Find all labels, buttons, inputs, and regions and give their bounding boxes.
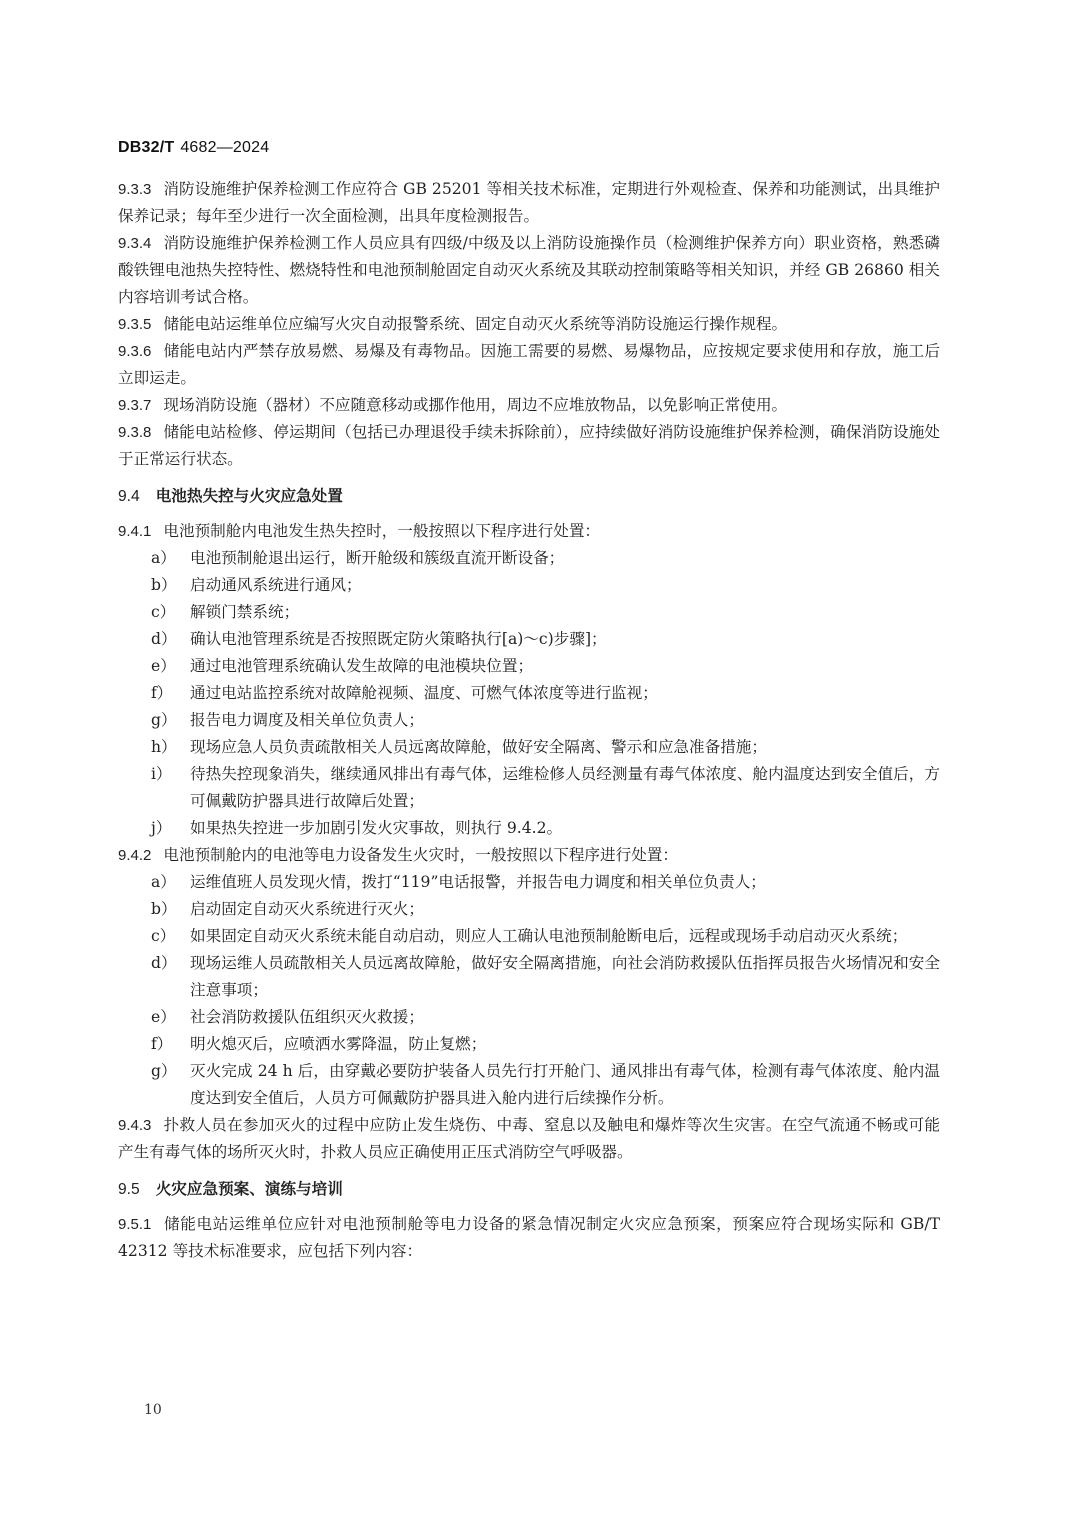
list-marker: d） [151, 626, 177, 653]
clause-number: 9.4.2 [118, 847, 151, 864]
document-identifier: DB32/T4682—2024 [118, 139, 269, 157]
list-item: a）运维值班人员发现火情，拨打“119”电话报警，并报告电力调度和相关单位负责人… [118, 869, 940, 896]
heading-number: 9.4 [118, 488, 140, 505]
list-item: f）明火熄灭后，应喷洒水雾降温，防止复燃； [118, 1031, 940, 1058]
clause-number: 9.3.8 [118, 424, 151, 441]
document-body: 9.3.3消防设施维护保养检测工作应符合 GB 25201 等相关技术标准，定期… [118, 176, 940, 1265]
list-marker: i） [151, 761, 172, 788]
clause-9-3-6: 9.3.6储能电站内严禁存放易燃、易爆及有毒物品。因施工需要的易燃、易爆物品，应… [118, 338, 940, 392]
heading-text: 电池热失控与火灾应急处置 [156, 488, 343, 505]
list-item-text: 确认电池管理系统是否按照既定防火策略执行[a)～c)步骤]； [190, 630, 607, 648]
list-item-text: 灭火完成 24 h 后，由穿戴必要防护装备人员先行打开舱门、通风排出有毒气体，检… [190, 1062, 940, 1107]
list-item: h）现场应急人员负责疏散相关人员远离故障舱，做好安全隔离、警示和应急准备措施； [118, 734, 940, 761]
list-item: b）启动固定自动灭火系统进行灭火； [118, 896, 940, 923]
list-marker: c） [151, 923, 175, 950]
list-marker: b） [151, 896, 177, 923]
list-item: g）灭火完成 24 h 后，由穿戴必要防护装备人员先行打开舱门、通风排出有毒气体… [118, 1058, 940, 1112]
list-item-text: 如果热失控进一步加剧引发火灾事故，则执行 9.4.2。 [190, 819, 562, 837]
clause-9-3-3: 9.3.3消防设施维护保养检测工作应符合 GB 25201 等相关技术标准，定期… [118, 176, 940, 230]
clause-text: 消防设施维护保养检测工作人员应具有四级/中级及以上消防设施操作员（检测维护保养方… [118, 234, 940, 306]
list-item: g）报告电力调度及相关单位负责人； [118, 707, 940, 734]
list-marker: e） [151, 653, 176, 680]
list-item-text: 通过电池管理系统确认发生故障的电池模块位置； [190, 657, 533, 675]
page-number: 10 [144, 1402, 162, 1418]
list-item-text: 社会消防救援队伍组织灭火救援； [190, 1008, 424, 1026]
heading-text: 火灾应急预案、演练与培训 [156, 1181, 343, 1198]
heading-number: 9.5 [118, 1181, 140, 1198]
list-item: i）待热失控现象消失，继续通风排出有毒气体，运维检修人员经测量有毒气体浓度、舱内… [118, 761, 940, 815]
list-item-text: 电池预制舱退出运行，断开舱级和簇级直流开断设备； [190, 549, 564, 567]
list-marker: a） [151, 869, 176, 896]
list-item: b）启动通风系统进行通风； [118, 572, 940, 599]
clause-9-5-1: 9.5.1储能电站运维单位应针对电池预制舱等电力设备的紧急情况制定火灾应急预案，… [118, 1211, 940, 1265]
list-item-text: 如果固定自动灭火系统未能自动启动，则应人工确认电池预制舱断电后，远程或现场手动启… [190, 927, 907, 945]
clause-text: 现场消防设施（器材）不应随意移动或挪作他用，周边不应堆放物品，以免影响正常使用。 [163, 396, 787, 414]
section-heading-9-4: 9.4电池热失控与火灾应急处置 [118, 483, 940, 510]
clause-number: 9.3.4 [118, 235, 151, 252]
clause-number: 9.3.6 [118, 343, 151, 360]
list-item-text: 解锁门禁系统； [190, 603, 299, 621]
list-item: f）通过电站监控系统对故障舱视频、温度、可燃气体浓度等进行监视； [118, 680, 940, 707]
clause-text: 储能电站运维单位应编写火灾自动报警系统、固定自动灭火系统等消防设施运行操作规程。 [163, 315, 787, 333]
procedure-list-9-4-1: a）电池预制舱退出运行，断开舱级和簇级直流开断设备； b）启动通风系统进行通风；… [118, 545, 940, 842]
list-item-text: 通过电站监控系统对故障舱视频、温度、可燃气体浓度等进行监视； [190, 684, 658, 702]
clause-9-3-7: 9.3.7现场消防设施（器材）不应随意移动或挪作他用，周边不应堆放物品，以免影响… [118, 392, 940, 419]
clause-9-3-8: 9.3.8储能电站检修、停运期间（包括已办理退役手续未拆除前），应持续做好消防设… [118, 419, 940, 473]
procedure-list-9-4-2: a）运维值班人员发现火情，拨打“119”电话报警，并报告电力调度和相关单位负责人… [118, 869, 940, 1112]
clause-9-3-4: 9.3.4消防设施维护保养检测工作人员应具有四级/中级及以上消防设施操作员（检测… [118, 230, 940, 311]
clause-text: 消防设施维护保养检测工作应符合 GB 25201 等相关技术标准，定期进行外观检… [118, 180, 940, 225]
list-marker: e） [151, 1004, 176, 1031]
clause-text: 储能电站内严禁存放易燃、易爆及有毒物品。因施工需要的易燃、易爆物品，应按规定要求… [118, 342, 940, 387]
list-item-text: 启动固定自动灭火系统进行灭火； [190, 900, 424, 918]
section-heading-9-5: 9.5火灾应急预案、演练与培训 [118, 1176, 940, 1203]
clause-number: 9.3.3 [118, 181, 151, 198]
list-item: c）解锁门禁系统； [118, 599, 940, 626]
clause-9-4-2: 9.4.2电池预制舱内的电池等电力设备发生火灾时，一般按照以下程序进行处置： [118, 842, 940, 869]
doc-code: DB32/T [118, 139, 174, 156]
list-item: j）如果热失控进一步加剧引发火灾事故，则执行 9.4.2。 [118, 815, 940, 842]
list-item: c）如果固定自动灭火系统未能自动启动，则应人工确认电池预制舱断电后，远程或现场手… [118, 923, 940, 950]
list-marker: f） [151, 680, 172, 707]
clause-9-4-3: 9.4.3扑救人员在参加灭火的过程中应防止发生烧伤、中毒、窒息以及触电和爆炸等次… [118, 1112, 940, 1166]
clause-number: 9.4.1 [118, 523, 151, 540]
doc-number: 4682—2024 [180, 139, 269, 156]
document-page: DB32/T4682—2024 9.3.3消防设施维护保养检测工作应符合 GB … [0, 0, 1080, 1515]
clause-text: 电池预制舱内的电池等电力设备发生火灾时，一般按照以下程序进行处置： [163, 846, 678, 864]
list-marker: d） [151, 950, 177, 977]
list-item-text: 现场运维人员疏散相关人员远离故障舱，做好安全隔离措施，向社会消防救援队伍指挥员报… [190, 954, 940, 999]
list-marker: j） [151, 815, 171, 842]
clause-9-4-1: 9.4.1电池预制舱内电池发生热失控时，一般按照以下程序进行处置： [118, 518, 940, 545]
clause-text: 电池预制舱内电池发生热失控时，一般按照以下程序进行处置： [163, 522, 600, 540]
list-marker: g） [151, 707, 177, 734]
list-item-text: 报告电力调度及相关单位负责人； [190, 711, 424, 729]
list-marker: a） [151, 545, 176, 572]
list-item-text: 现场应急人员负责疏散相关人员远离故障舱，做好安全隔离、警示和应急准备措施； [190, 738, 767, 756]
list-item-text: 待热失控现象消失，继续通风排出有毒气体，运维检修人员经测量有毒气体浓度、舱内温度… [190, 765, 940, 810]
list-item-text: 运维值班人员发现火情，拨打“119”电话报警，并报告电力调度和相关单位负责人； [190, 873, 766, 891]
clause-text: 储能电站运维单位应针对电池预制舱等电力设备的紧急情况制定火灾应急预案，预案应符合… [118, 1215, 940, 1260]
list-marker: b） [151, 572, 177, 599]
list-item-text: 启动通风系统进行通风； [190, 576, 362, 594]
list-marker: f） [151, 1031, 172, 1058]
list-marker: c） [151, 599, 175, 626]
list-item: e）通过电池管理系统确认发生故障的电池模块位置； [118, 653, 940, 680]
list-marker: h） [151, 734, 177, 761]
list-item: d）确认电池管理系统是否按照既定防火策略执行[a)～c)步骤]； [118, 626, 940, 653]
clause-number: 9.4.3 [118, 1117, 151, 1134]
list-item: a）电池预制舱退出运行，断开舱级和簇级直流开断设备； [118, 545, 940, 572]
list-item-text: 明火熄灭后，应喷洒水雾降温，防止复燃； [190, 1035, 486, 1053]
list-item: d）现场运维人员疏散相关人员远离故障舱，做好安全隔离措施，向社会消防救援队伍指挥… [118, 950, 940, 1004]
clause-number: 9.3.5 [118, 316, 151, 333]
clause-text: 储能电站检修、停运期间（包括已办理退役手续未拆除前），应持续做好消防设施维护保养… [118, 423, 940, 468]
clause-9-3-5: 9.3.5储能电站运维单位应编写火灾自动报警系统、固定自动灭火系统等消防设施运行… [118, 311, 940, 338]
clause-number: 9.5.1 [118, 1216, 151, 1233]
clause-number: 9.3.7 [118, 397, 151, 414]
list-marker: g） [151, 1058, 177, 1085]
clause-text: 扑救人员在参加灭火的过程中应防止发生烧伤、中毒、窒息以及触电和爆炸等次生灾害。在… [118, 1116, 940, 1161]
list-item: e）社会消防救援队伍组织灭火救援； [118, 1004, 940, 1031]
